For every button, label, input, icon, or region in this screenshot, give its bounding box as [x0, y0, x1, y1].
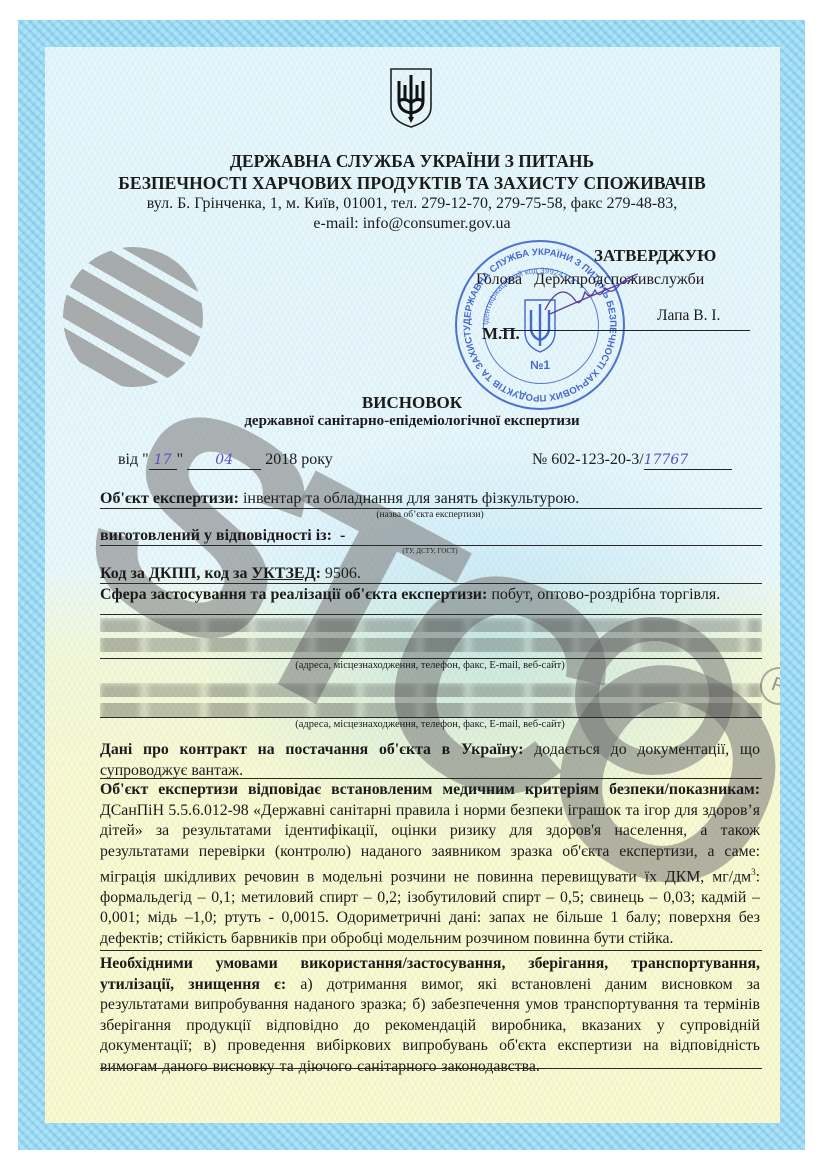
object-label: Об'єкт експертизи: [100, 490, 239, 507]
divider [100, 1068, 762, 1069]
criteria-label: Об'єкт експертизи відповідає встановлени… [100, 781, 760, 798]
number-prefix: № 602-123-20-3/ [532, 451, 644, 468]
org-address: вул. Б. Грінченка, 1, м. Київ, 01001, те… [0, 193, 824, 215]
handwritten-signature [540, 270, 640, 320]
field-scope: Сфера застосування та реалізації об'єкта… [100, 586, 760, 604]
stamp-number: №1 [457, 358, 623, 372]
criteria-text: ДСанПіН 5.5.6.012-98 «Державні санітарні… [100, 802, 760, 886]
divider [100, 614, 762, 615]
made-caption: (ТУ, ДСТУ, ГОСТ) [100, 547, 760, 555]
org-name-line2: БЕЗПЕЧНОСТІ ХАРЧОВИХ ПРОДУКТІВ ТА ЗАХИСТ… [0, 172, 824, 194]
made-value: - [332, 527, 345, 544]
divider [100, 583, 762, 584]
divider [100, 545, 762, 546]
document-subtitle: державної санітарно-епідеміологічної екс… [0, 413, 824, 430]
divider [100, 658, 762, 659]
divider [100, 778, 762, 779]
divider [100, 717, 762, 718]
redacted-manufacturer [100, 618, 762, 656]
org-name-line1: ДЕРЖАВНА СЛУЖБА УКРАЇНИ З ПИТАНЬ [0, 150, 824, 172]
manufacturer-caption: (адреса, місцезнаходження, телефон, факс… [100, 660, 760, 671]
number-value: 17767 [644, 452, 689, 468]
applicant-caption: (адреса, місцезнаходження, телефон, факс… [100, 719, 760, 730]
code-value: 9506. [321, 565, 361, 582]
code-uktzed: УКТЗЕД [251, 565, 315, 582]
issue-date: від "17" 04 2018 року [118, 451, 333, 470]
conditions-section: Необхідними умовами використання/застосу… [100, 954, 760, 1077]
org-email: e-mail: info@consumer.gov.ua [0, 213, 824, 235]
date-year: 2018 року [265, 451, 333, 468]
date-prefix: від " [118, 451, 149, 468]
object-value: інвентар та обладнання для занять фізкул… [239, 490, 579, 507]
divider [100, 508, 762, 509]
signature-line [500, 330, 750, 331]
seal-label: М.П. [482, 324, 520, 344]
code-label: Код за ДКПП, код за [100, 565, 251, 582]
watermark-logo-icon [63, 247, 203, 387]
trident-coat-of-arms-icon [389, 67, 433, 129]
field-made-per: виготовлений у відповідності із: - [100, 527, 760, 545]
date-month: 04 [215, 452, 233, 468]
scope-label: Сфера застосування та реалізації об'єкта… [100, 586, 487, 603]
scope-value: побут, оптово-роздрібна торгівля. [487, 586, 720, 603]
object-caption: (назва об’єкта експертизи) [100, 510, 760, 520]
document-title: ВИСНОВОК [0, 393, 824, 413]
divider [100, 950, 762, 951]
contract-label: Дані про контракт на постачання об'єкта … [100, 741, 523, 758]
date-quote: " [177, 451, 184, 468]
criteria-section: Об'єкт експертизи відповідає встановлени… [100, 780, 760, 949]
field-object: Об'єкт експертизи: інвентар та обладнанн… [100, 490, 760, 508]
date-day: 17 [154, 452, 172, 468]
redacted-applicant [100, 683, 762, 721]
made-label: виготовлений у відповідності із: [100, 527, 332, 544]
approve-label: ЗАТВЕРДЖУЮ [594, 246, 716, 266]
field-codes: Код за ДКПП, код за УКТЗЕД: 9506. [100, 565, 760, 583]
conclusion-number: № 602-123-20-3/17767 [532, 451, 732, 470]
field-contract: Дані про контракт на постачання об'єкта … [100, 740, 760, 781]
approver-name: Лапа В. І. [657, 307, 720, 325]
